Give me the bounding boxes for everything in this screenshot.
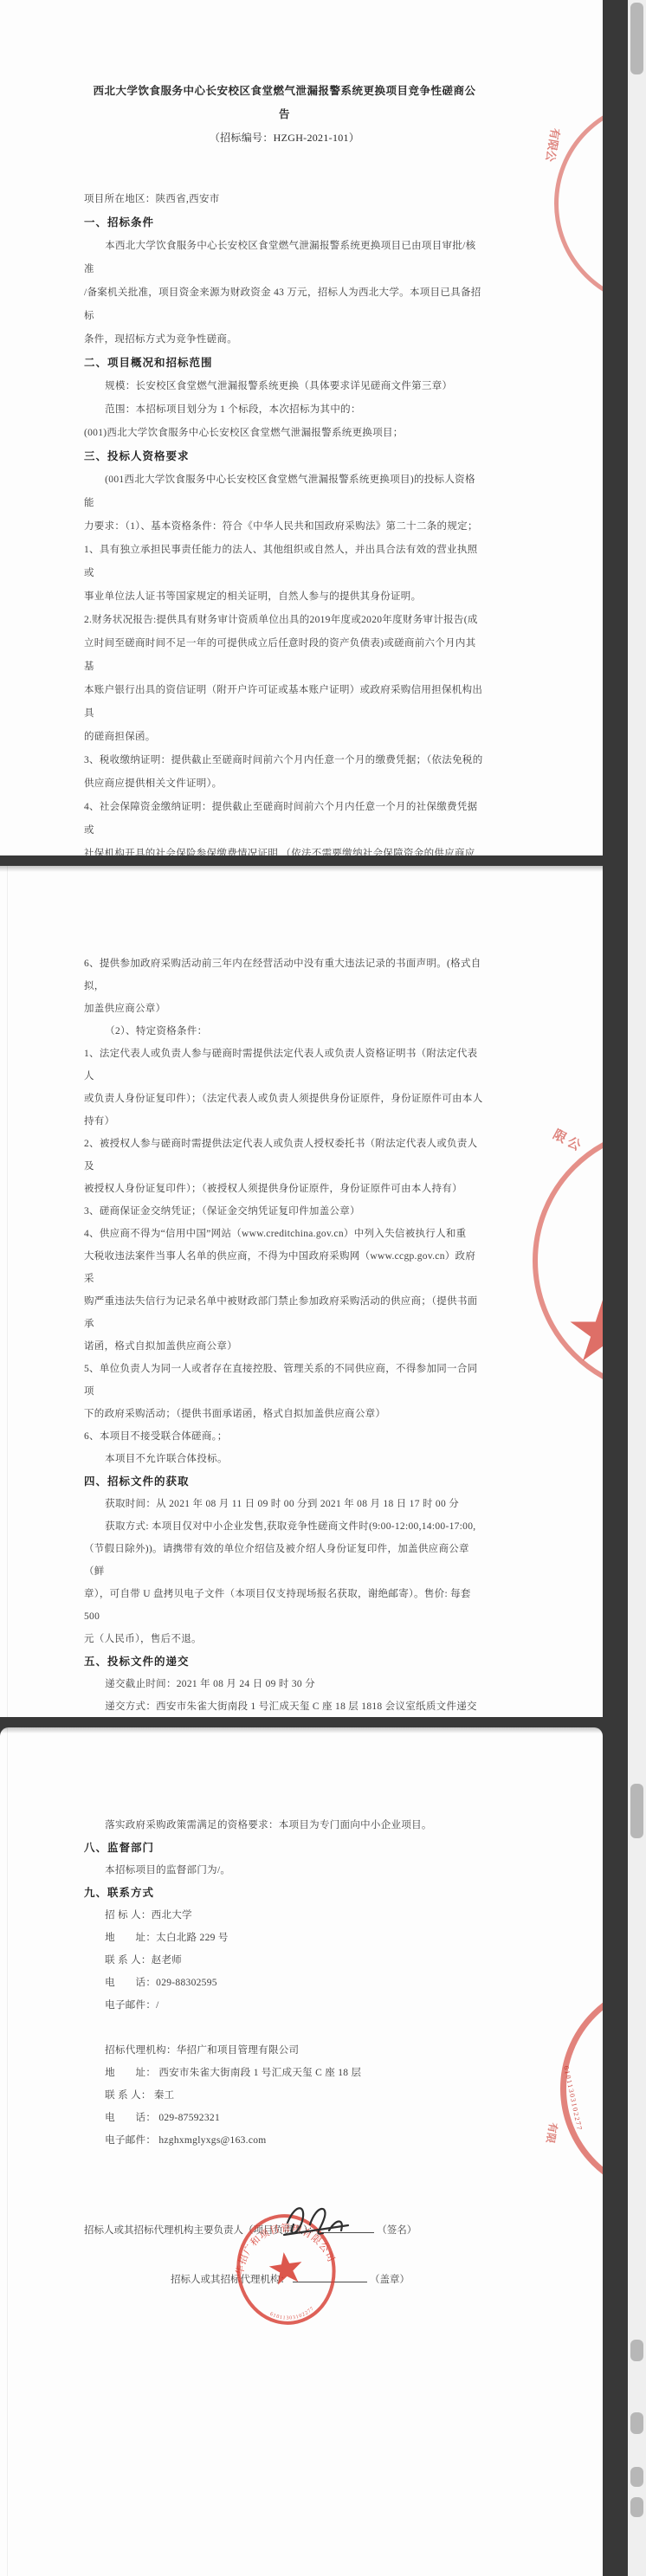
text-line: 4、社会保障资金缴纳证明：提供截止至磋商时间前六个月内任意一个月的社保缴费凭据或: [84, 796, 485, 843]
text-line: 规模：长安校区食堂燃气泄漏报警系统更换（具体要求详见磋商文件第三章）: [84, 375, 485, 398]
section-heading: 一、招标条件: [84, 211, 485, 235]
text-line: 加盖供应商公章）: [84, 997, 485, 1020]
text-line: 下的政府采购活动；（提供书面承诺函，格式自拟加盖供应商公章）: [84, 1403, 485, 1425]
text-line: 本招标项目的监督部门为/。: [84, 1859, 485, 1882]
text-line: （节假日除外))。请携带有效的单位介绍信及被介绍人身份证复印件，加盖供应商公章（…: [84, 1538, 485, 1583]
text-line: 招标代理机构：华招广和项目管理有限公司: [84, 2039, 485, 2062]
text-line: 获取时间：从 2021 年 08 月 11 日 09 时 00 分到 2021 …: [84, 1493, 485, 1515]
text-line: 章），可自带 U 盘拷贝电子文件（本项目仅支持现场报名获取，谢绝邮寄）。售价: …: [84, 1583, 485, 1628]
text-line: (001西北大学饮食服务中心长安校区食堂燃气泄漏报警系统更换项目)的投标人资格能: [84, 468, 485, 515]
text-line: 供应商应提供相关文件证明）。: [84, 772, 485, 796]
document-page-3: 落实政府采购政策需满足的资格要求：本项目为专门面向中小企业项目。八、监督部门本招…: [0, 1727, 603, 2576]
document-page-2: 6、提供参加政府采购活动前三年内在经营活动中没有重大违法记录的书面声明。(格式自…: [0, 866, 603, 1717]
text-line: 诺函，格式自拟加盖供应商公章）: [84, 1335, 485, 1358]
text-line: 4、供应商不得为“信用中国”网站（www.creditchina.gov.cn）…: [84, 1223, 485, 1245]
document-title-line: 告: [84, 103, 485, 126]
bid-number-line: （招标编号：HZGH-2021-101）: [84, 126, 485, 150]
text-line: （2）、特定资格条件：: [84, 1020, 485, 1043]
text-line: 1、法定代表人或负责人参与磋商时需提供法定代表人或负责人资格证明书（附法定代表人: [84, 1043, 485, 1088]
text-line: 事业单位法人证书等国家规定的相关证明，自然人参与的提供其身份证明。: [84, 585, 485, 609]
text-line: 购严重违法失信行为记录名单中被财政部门禁止参加政府采购活动的供应商；（提供书面承: [84, 1290, 485, 1335]
signature-suffix: （签名）: [377, 2225, 417, 2236]
seal-star-icon: [268, 2250, 305, 2286]
page-2-lines: 6、提供参加政府采购活动前三年内在经营活动中没有重大违法记录的书面声明。(格式自…: [84, 952, 485, 1717]
text-line: 项目所在地区：陕西省,西安市: [84, 188, 485, 211]
section-heading: 三、投标人资格要求: [84, 445, 485, 468]
scrollbar-thumb[interactable]: [630, 2412, 643, 2434]
text-line: 持有）: [84, 1110, 485, 1133]
text-line: 联 系 人： 秦工: [84, 2084, 485, 2107]
text-line: 3、税收缴纳证明：提供截止至磋商时间前六个月内任意一个月的缴费凭据；（依法免税的: [84, 749, 485, 772]
document-page-1: 西北大学饮食服务中心长安校区食堂燃气泄漏报警系统更换项目竞争性磋商公告（招标编号…: [0, 0, 603, 855]
text-line: 地 址：太白北路 229 号: [84, 1927, 485, 1949]
scrollbar-thumb[interactable]: [630, 1784, 643, 1838]
section-heading: 二、项目概况和招标范围: [84, 352, 485, 375]
section-heading: 八、监督部门: [84, 1837, 485, 1859]
text-line: /备案机关批准，项目资金来源为财政资金 43 万元，招标人为西北大学。本项目已具…: [84, 281, 485, 328]
section-heading: 九、联系方式: [84, 1882, 485, 1904]
text-line: 地 址： 西安市朱雀大街南段 1 号汇成天玺 C 座 18 层: [84, 2062, 485, 2084]
text-line: 的磋商担保函。: [84, 726, 485, 749]
scrollbar-thumb[interactable]: [630, 2467, 643, 2487]
text-line: 电子邮件：/: [84, 1994, 485, 2017]
page-3-lines: 落实政府采购政策需满足的资格要求：本项目为专门面向中小企业项目。八、监督部门本招…: [84, 1814, 485, 2152]
document-title-line: 西北大学饮食服务中心长安校区食堂燃气泄漏报警系统更换项目竞争性磋商公: [84, 80, 485, 103]
seal-text-fragment: 有限公: [543, 127, 565, 164]
text-line: 6、本项目不接受联合体磋商。；: [84, 1425, 485, 1448]
text-line: 电子邮件： hzghxmglyxgs@163.com: [84, 2129, 485, 2152]
text-line: 落实政府采购政策需满足的资格要求：本项目为专门面向中小企业项目。: [84, 1814, 485, 1837]
text-line: 递交截止时间：2021 年 08 月 24 日 09 时 30 分: [84, 1673, 485, 1695]
text-line: 范围：本招标项目划分为 1 个标段，本次招标为其中的：: [84, 398, 485, 422]
document-viewer: 西北大学饮食服务中心长安校区食堂燃气泄漏报警系统更换项目竞争性磋商公告（招标编号…: [0, 0, 646, 2576]
seal-text-fragment: 有限: [543, 2121, 561, 2145]
text-line: 本项目不允许联合体投标。: [84, 1448, 485, 1470]
text-line: 招 标 人：西北大学: [84, 1904, 485, 1927]
text-line: 获取方式: 本项目仅对中小企业发售,获取竞争性磋商文件时(9:00-12:00,…: [84, 1515, 485, 1538]
text-line: 力要求：（1）、基本资格条件：符合《中华人民共和国政府采购法》第二十二条的规定；: [84, 515, 485, 539]
section-heading: 四、招标文件的获取: [84, 1470, 485, 1493]
seal-star-icon: ★: [565, 1288, 603, 1375]
text-line: 大税收违法案件当事人名单的供应商，不得为中国政府采购网（www.ccgp.gov…: [84, 1245, 485, 1290]
scrollbar-thumb[interactable]: [630, 2340, 643, 2361]
stamp-suffix: （盖章）: [370, 2275, 410, 2285]
text-line: 电 话： 029-87592321: [84, 2107, 485, 2129]
text-line: 联 系 人：赵老师: [84, 1949, 485, 1972]
text-line: 3、磋商保证金交纳凭证；（保证金交纳凭证复印件加盖公章）: [84, 1200, 485, 1223]
scrollbar-thumb[interactable]: [630, 3, 643, 74]
text-line: 条件，现招标方式为竞争性磋商。: [84, 328, 485, 352]
text-line: 社保机构开具的社会保险参保缴费情况证明 （依法不需要缴纳社会保障资金的供应商应提: [84, 843, 485, 855]
text-line: 2、被授权人参与磋商时需提供法定代表人或负责人授权委托书（附法定代表人或负责人及: [84, 1133, 485, 1178]
text-line: 立时间至磋商时间不足一年的可提供成立后任意时段的资产负债表)或磋商前六个月内其基: [84, 632, 485, 679]
text-line: 电 话：029-88302595: [84, 1972, 485, 1994]
text-line: (001)西北大学饮食服务中心长安校区食堂燃气泄漏报警系统更换项目；: [84, 422, 485, 445]
section-heading: 五、投标文件的递交: [84, 1650, 485, 1673]
text-line: 1、具有独立承担民事责任能力的法人、其他组织或自然人，并出具合法有效的营业执照或: [84, 539, 485, 585]
handwritten-signature: [279, 2195, 357, 2247]
page-1-lines: 西北大学饮食服务中心长安校区食堂燃气泄漏报警系统更换项目竞争性磋商公告（招标编号…: [84, 80, 485, 855]
text-line: 或负责人身份证复印件）；（法定代表人或负责人须提供身份证原件，身份证原件可由本人: [84, 1088, 485, 1110]
text-line: 5、单位负责人为同一人或者存在直接控股、管理关系的不同供应商，不得参加同一合同项: [84, 1358, 485, 1403]
text-line: 被授权人身份证复印件）；（被授权人须提供身份证原件，身份证原件可由本人持有）: [84, 1178, 485, 1200]
seal-text-fragment: 限 公: [550, 1125, 585, 1154]
text-line: 本西北大学饮食服务中心长安校区食堂燃气泄漏报警系统更换项目已由项目审批/核准: [84, 235, 485, 281]
text-line: 2.财务状况报告:提供具有财务审计资质单位出具的2019年度或2020年度财务审…: [84, 609, 485, 632]
spacer: [84, 2017, 485, 2039]
scrollbar-track[interactable]: [628, 0, 646, 2576]
text-line: 递交方式：西安市朱雀大街南段 1 号汇成天玺 C 座 18 层 1818 会议室…: [84, 1695, 485, 1717]
text-line: 6、提供参加政府采购活动前三年内在经营活动中没有重大违法记录的书面声明。(格式自…: [84, 952, 485, 997]
text-line: 元（人民币），售后不退。: [84, 1628, 485, 1650]
scrollbar-thumb[interactable]: [630, 2497, 643, 2517]
text-line: 本账户银行出具的资信证明（附开户许可证或基本账户证明）或政府采购信用担保机构出具: [84, 679, 485, 726]
